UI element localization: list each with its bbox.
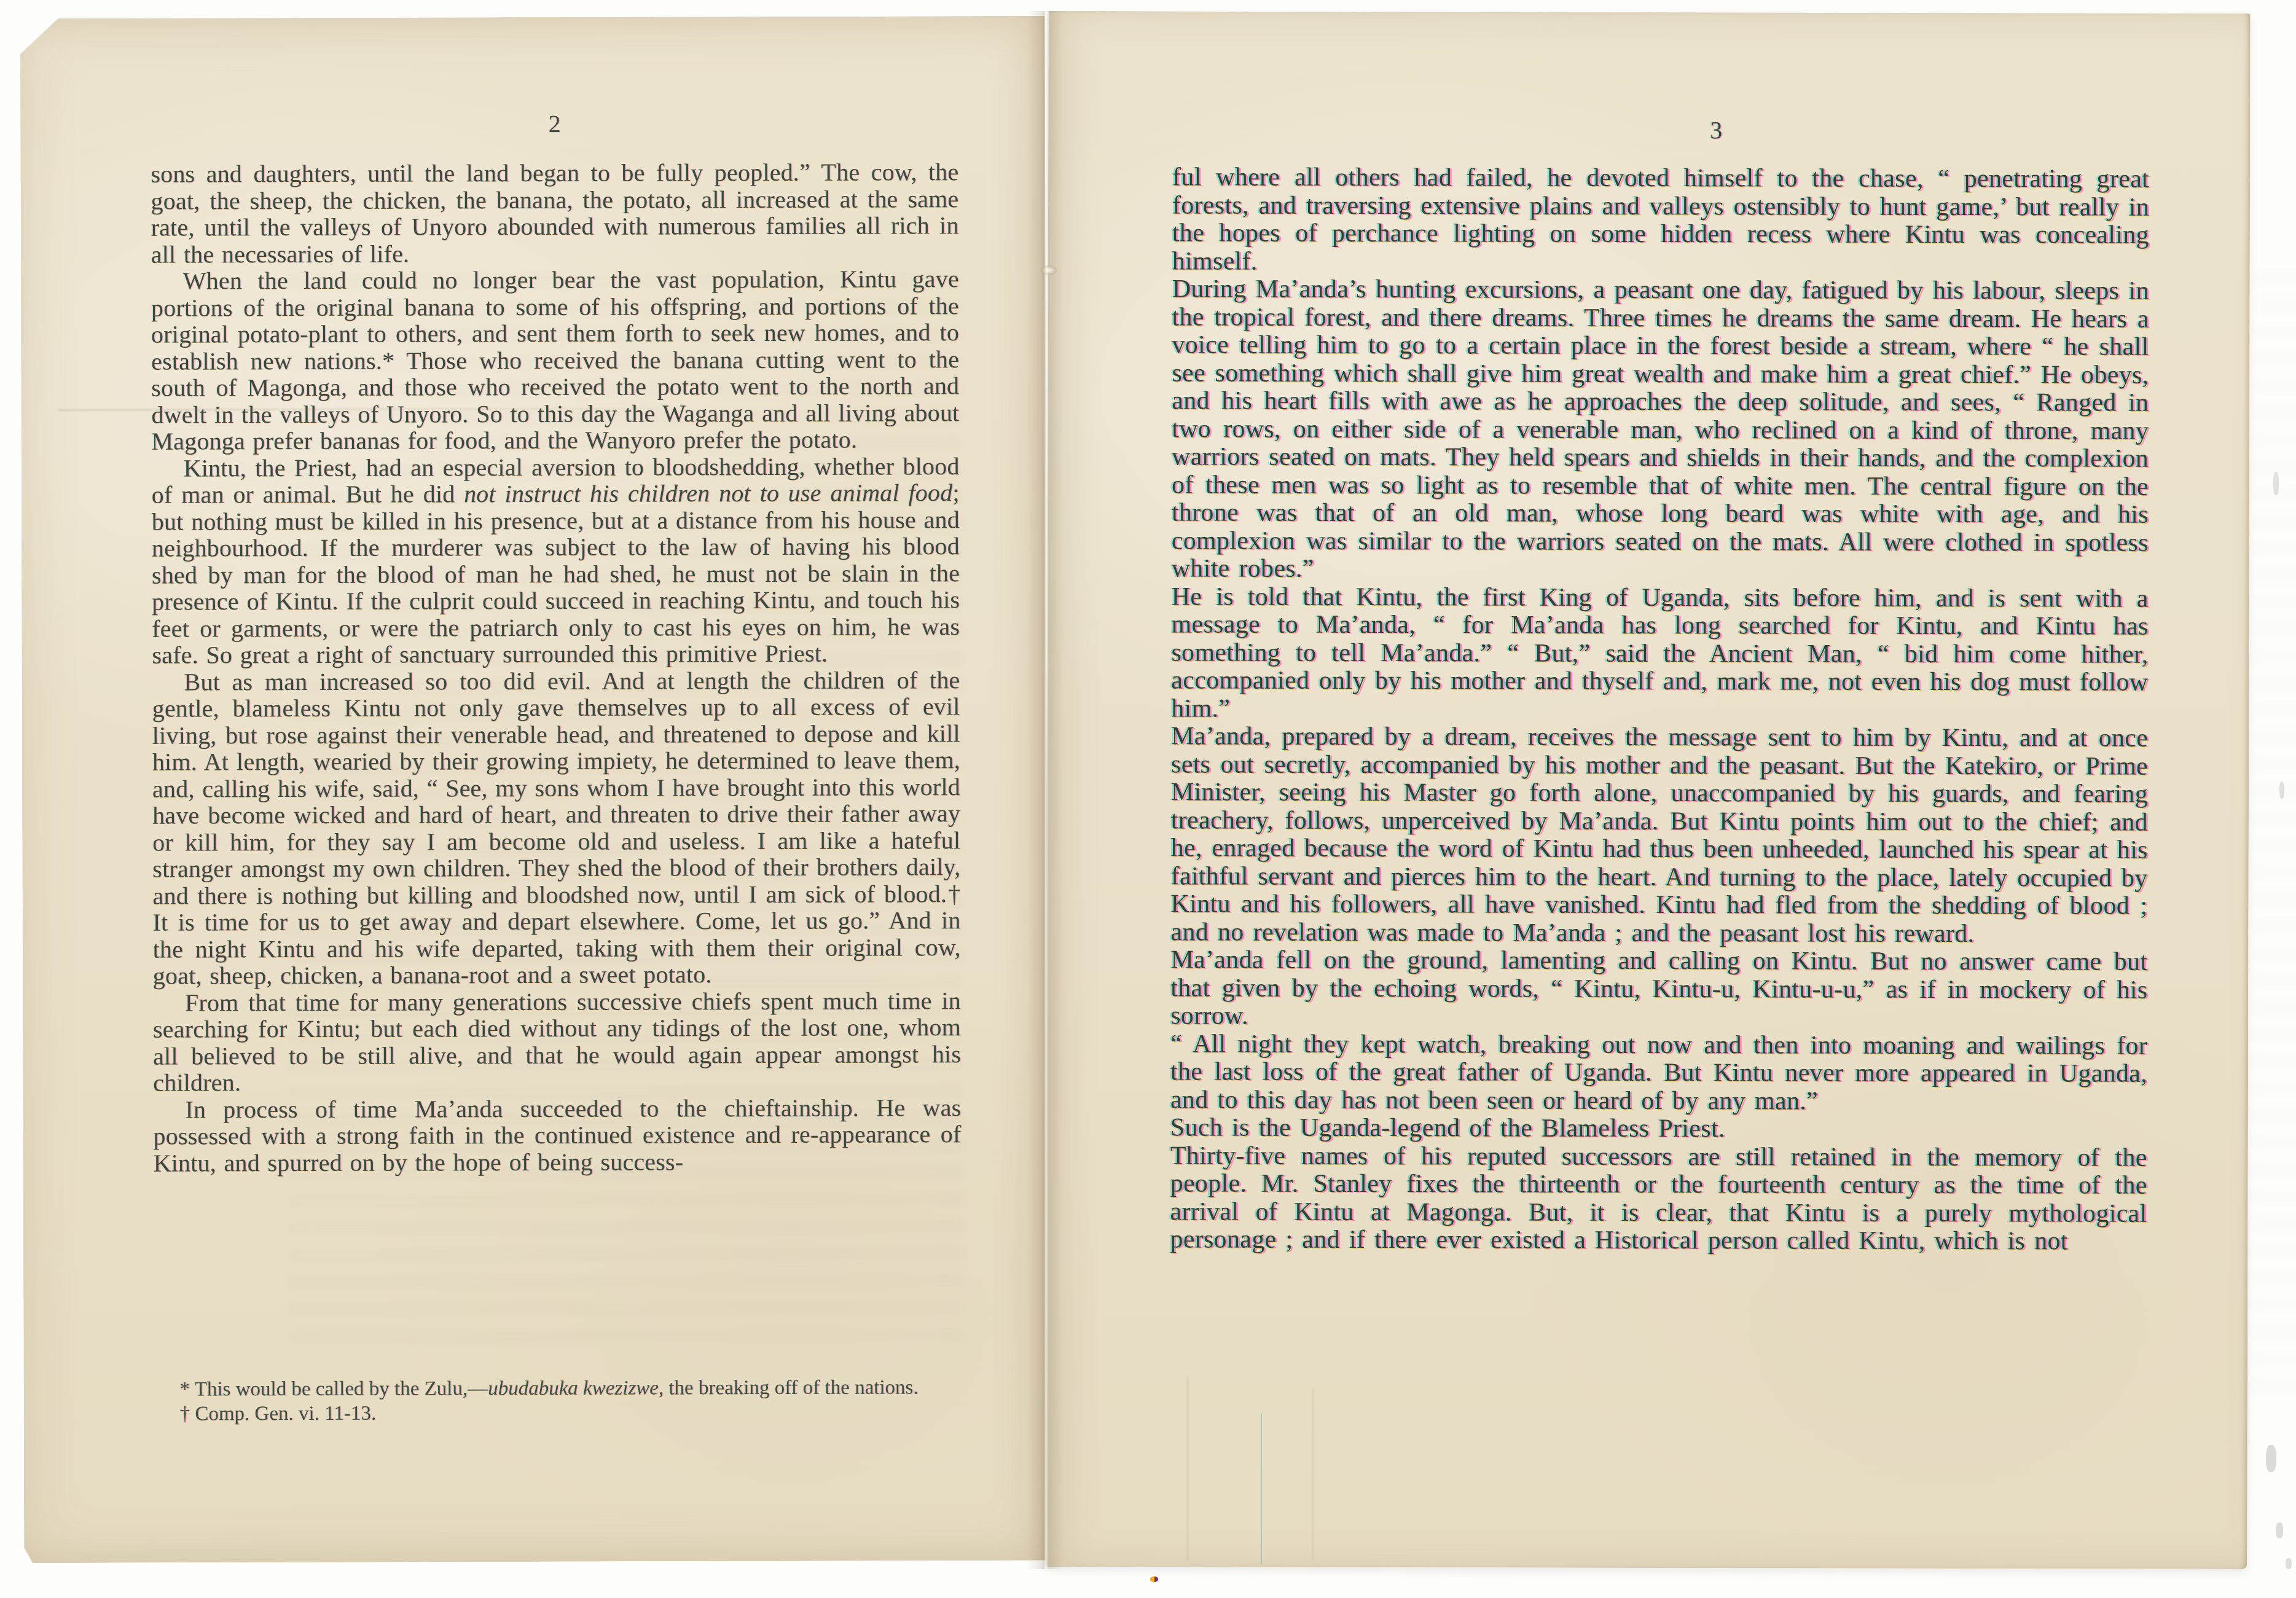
paragraph: From that time for many generations succ… xyxy=(153,987,961,1096)
page-2-number: 2 xyxy=(151,108,958,139)
paragraph: When the land could no longer bear the v… xyxy=(151,265,960,455)
paragraph: Such is the Uganda-legend of the Blamele… xyxy=(1170,1114,2147,1144)
paragraph: Ma’anda fell on the ground, lamenting an… xyxy=(1170,946,2147,1032)
scanned-book-spread: 2 sons and daughters, until the land beg… xyxy=(0,0,2296,1598)
paragraph: But as man increased so too did evil. An… xyxy=(152,667,960,989)
page-2-footnotes: * This would be called by the Zulu,—ubud… xyxy=(154,1375,962,1426)
paragraph: Kintu, the Priest, had an especial avers… xyxy=(152,453,960,668)
page-3-body: ful where all others had failed, he devo… xyxy=(1170,163,2149,1256)
footnote: * This would be called by the Zulu,—ubud… xyxy=(154,1375,962,1401)
page-3: 3 ful where all others had failed, he de… xyxy=(1045,11,2250,1569)
paragraph: Ma’anda, prepared by a dream, receives t… xyxy=(1170,723,2148,948)
scan-smudge xyxy=(2276,1522,2283,1538)
paragraph: In process of time Ma’anda succeeded to … xyxy=(153,1094,961,1177)
scan-smudge xyxy=(2273,472,2279,495)
paragraph: ful where all others had failed, he devo… xyxy=(1172,163,2149,277)
scan-smudge xyxy=(2279,781,2284,799)
paragraph: sons and daughters, until the land began… xyxy=(151,159,958,267)
page-2: 2 sons and daughters, until the land beg… xyxy=(20,16,1049,1563)
paragraph: Thirty-five names of his reputed success… xyxy=(1170,1142,2147,1256)
page-2-body: sons and daughters, until the land began… xyxy=(151,159,961,1176)
page-3-number: 3 xyxy=(1228,115,2204,146)
scan-speck xyxy=(1150,1576,1158,1582)
paragraph: “ All night they kept watch, breaking ou… xyxy=(1170,1030,2147,1116)
scan-smudge xyxy=(2286,1558,2292,1569)
paragraph: He is told that Kintu, the first King of… xyxy=(1171,583,2148,725)
paragraph: During Ma’anda’s hunting excursions, a p… xyxy=(1172,275,2149,585)
footnote: † Comp. Gen. vi. 11-13. xyxy=(154,1400,962,1426)
scan-smudge xyxy=(2266,1445,2276,1472)
ink-bleed-through xyxy=(2250,272,2296,1410)
